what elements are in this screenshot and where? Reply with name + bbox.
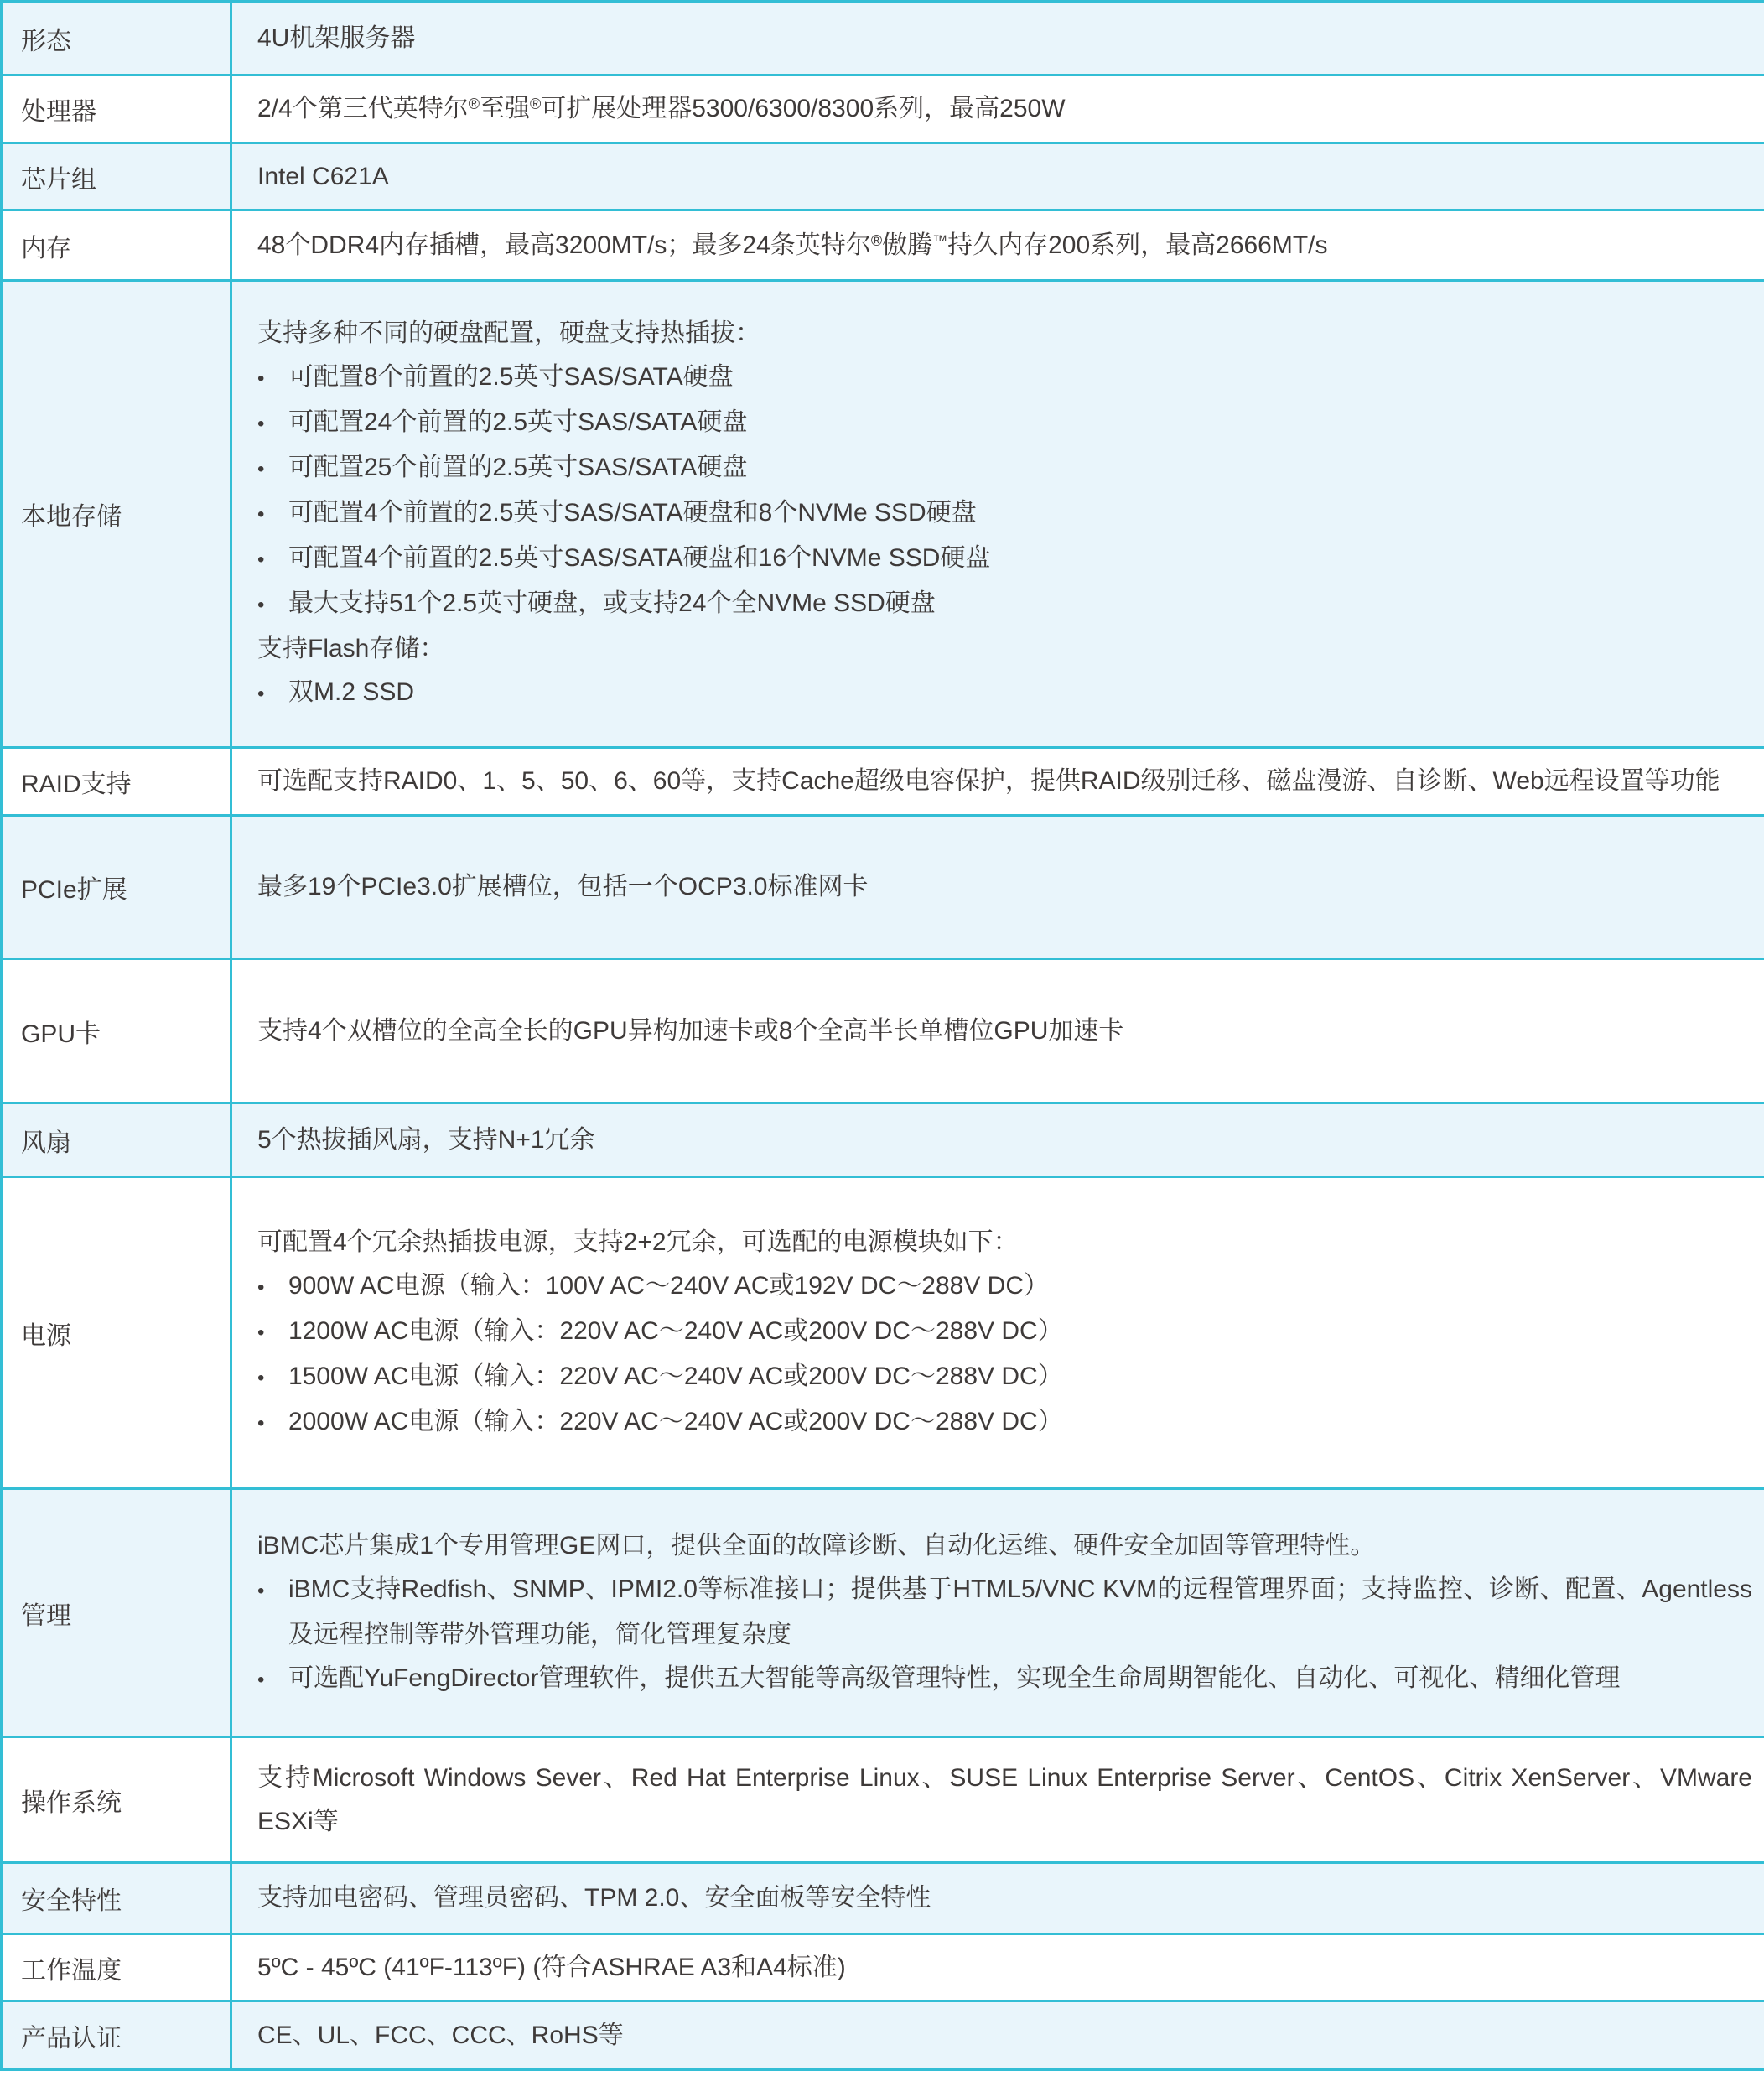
spec-label-text: PCIe扩展 [21, 869, 127, 906]
spec-bullet-item: 可配置25个前置的2.5英寸SAS/SATA硬盘 [257, 446, 1752, 491]
spec-label-text: 管理 [21, 1595, 71, 1632]
spec-label: 内存 [3, 211, 232, 279]
spec-row-power: 电源 可配置4个冗余热插拔电源，支持2+2冗余，可选配的电源模块如下： 900W… [3, 1178, 1764, 1490]
spec-bullet-item: 可配置4个前置的2.5英寸SAS/SATA硬盘和8个NVMe SSD硬盘 [257, 491, 1752, 537]
spec-bullet-item: 900W AC电源（输入：100V AC～240V AC或192V DC～288… [257, 1264, 1752, 1310]
spec-label: 芯片组 [3, 144, 232, 209]
spec-table: 形态 4U机架服务器 处理器 2/4个第三代英特尔®至强®可扩展处理器5300/… [0, 0, 1764, 2071]
spec-label-text: 电源 [21, 1315, 71, 1352]
spec-line: 4U机架服务器 [257, 17, 1752, 60]
spec-value: 可选配支持RAID0、1、5、50、6、60等，支持Cache超级电容保护，提供… [232, 749, 1764, 814]
spec-bullet-item: 可配置8个前置的2.5英寸SAS/SATA硬盘 [257, 356, 1752, 401]
spec-label: 操作系统 [3, 1738, 232, 1861]
spec-line: 支持多种不同的硬盘配置，硬盘支持热插拔： [257, 312, 1752, 356]
spec-label: 形态 [3, 3, 232, 74]
spec-label: 管理 [3, 1490, 232, 1736]
spec-value: 5ºC - 45ºC (41ºF-113ºF) (符合ASHRAE A3和A4标… [232, 1935, 1764, 2000]
spec-label: 本地存储 [3, 282, 232, 746]
spec-row-raid: RAID支持 可选配支持RAID0、1、5、50、6、60等，支持Cache超级… [3, 749, 1764, 817]
spec-bullet-item: 可配置24个前置的2.5英寸SAS/SATA硬盘 [257, 401, 1752, 446]
spec-label-text: 处理器 [21, 91, 96, 127]
spec-value: 4U机架服务器 [232, 3, 1764, 74]
spec-line: 支持Microsoft Windows Sever、Red Hat Enterp… [257, 1757, 1752, 1844]
spec-label: 处理器 [3, 76, 232, 142]
spec-value: iBMC芯片集成1个专用管理GE网口，提供全面的故障诊断、自动化运维、硬件安全加… [232, 1490, 1764, 1736]
spec-line: 5ºC - 45ºC (41ºF-113ºF) (符合ASHRAE A3和A4标… [257, 1946, 1752, 1990]
spec-label-text: 操作系统 [21, 1782, 122, 1819]
spec-label: 产品认证 [3, 2002, 232, 2068]
spec-label-text: 产品认证 [21, 2017, 122, 2054]
spec-line: 2/4个第三代英特尔®至强®可扩展处理器5300/6300/8300系列，最高2… [257, 87, 1752, 131]
spec-label: 风扇 [3, 1104, 232, 1176]
spec-row-chipset: 芯片组 Intel C621A [3, 144, 1764, 211]
spec-value: 可配置4个冗余热插拔电源，支持2+2冗余，可选配的电源模块如下： 900W AC… [232, 1178, 1764, 1487]
spec-line: 可选配支持RAID0、1、5、50、6、60等，支持Cache超级电容保护，提供… [257, 760, 1752, 803]
spec-value: 支持多种不同的硬盘配置，硬盘支持热插拔： 可配置8个前置的2.5英寸SAS/SA… [232, 282, 1764, 746]
spec-label-text: 形态 [21, 20, 71, 57]
spec-bullet-item: 1200W AC电源（输入：220V AC～240V AC或200V DC～28… [257, 1310, 1752, 1355]
spec-bullet-item: 双M.2 SSD [257, 671, 1752, 716]
spec-label-text: 工作温度 [21, 1949, 122, 1986]
spec-value: 支持4个双槽位的全高全长的GPU异构加速卡或8个全高半长单槽位GPU加速卡 [232, 960, 1764, 1102]
spec-label-text: 内存 [21, 227, 71, 264]
spec-value: Intel C621A [232, 144, 1764, 209]
spec-bullet-item: 2000W AC电源（输入：220V AC～240V AC或200V DC～28… [257, 1400, 1752, 1445]
spec-bullet-item: iBMC支持Redfish、SNMP、IPMI2.0等标准接口；提供基于HTML… [257, 1568, 1752, 1657]
spec-label-text: 芯片组 [21, 158, 96, 195]
spec-label-text: 本地存储 [21, 496, 122, 532]
spec-line: 支持加电密码、管理员密码、TPM 2.0、安全面板等安全特性 [257, 1876, 1752, 1920]
spec-label: 安全特性 [3, 1864, 232, 1933]
spec-line: CE、UL、FCC、CCC、RoHS等 [257, 2014, 1752, 2058]
spec-row-processor: 处理器 2/4个第三代英特尔®至强®可扩展处理器5300/6300/8300系列… [3, 76, 1764, 144]
spec-row-local-storage: 本地存储 支持多种不同的硬盘配置，硬盘支持热插拔： 可配置8个前置的2.5英寸S… [3, 282, 1764, 749]
spec-line: iBMC芯片集成1个专用管理GE网口，提供全面的故障诊断、自动化运维、硬件安全加… [257, 1524, 1752, 1568]
spec-value: 支持加电密码、管理员密码、TPM 2.0、安全面板等安全特性 [232, 1864, 1764, 1933]
spec-row-certification: 产品认证 CE、UL、FCC、CCC、RoHS等 [3, 2002, 1764, 2068]
spec-bullet-item: 可选配YuFengDirector管理软件，提供五大智能等高级管理特性，实现全生… [257, 1657, 1752, 1702]
spec-label: PCIe扩展 [3, 817, 232, 958]
spec-value: CE、UL、FCC、CCC、RoHS等 [232, 2002, 1764, 2068]
spec-value: 48个DDR4内存插槽，最高3200MT/s；最多24条英特尔®傲腾™持久内存2… [232, 211, 1764, 279]
spec-row-fan: 风扇 5个热拔插风扇，支持N+1冗余 [3, 1104, 1764, 1178]
spec-line: 支持4个双槽位的全高全长的GPU异构加速卡或8个全高半长单槽位GPU加速卡 [257, 1009, 1752, 1053]
spec-label: 工作温度 [3, 1935, 232, 2000]
spec-row-form-factor: 形态 4U机架服务器 [3, 3, 1764, 76]
spec-value: 支持Microsoft Windows Sever、Red Hat Enterp… [232, 1738, 1764, 1861]
spec-bullet-item: 最大支持51个2.5英寸硬盘，或支持24个全NVMe SSD硬盘 [257, 582, 1752, 627]
spec-label-text: RAID支持 [21, 763, 132, 800]
spec-row-memory: 内存 48个DDR4内存插槽，最高3200MT/s；最多24条英特尔®傲腾™持久… [3, 211, 1764, 282]
spec-line: Intel C621A [257, 155, 1752, 199]
spec-row-pcie: PCIe扩展 最多19个PCIe3.0扩展槽位，包括一个OCP3.0标准网卡 [3, 817, 1764, 960]
spec-line: 可配置4个冗余热插拔电源，支持2+2冗余，可选配的电源模块如下： [257, 1221, 1752, 1264]
spec-bullet-item: 1500W AC电源（输入：220V AC～240V AC或200V DC～28… [257, 1355, 1752, 1400]
spec-line: 最多19个PCIe3.0扩展槽位，包括一个OCP3.0标准网卡 [257, 865, 1752, 909]
spec-label: RAID支持 [3, 749, 232, 814]
spec-row-management: 管理 iBMC芯片集成1个专用管理GE网口，提供全面的故障诊断、自动化运维、硬件… [3, 1490, 1764, 1738]
spec-row-os: 操作系统 支持Microsoft Windows Sever、Red Hat E… [3, 1738, 1764, 1864]
spec-label-text: 风扇 [21, 1122, 71, 1159]
spec-bullet-item: 可配置4个前置的2.5英寸SAS/SATA硬盘和16个NVMe SSD硬盘 [257, 537, 1752, 582]
spec-row-security: 安全特性 支持加电密码、管理员密码、TPM 2.0、安全面板等安全特性 [3, 1864, 1764, 1935]
spec-line: 支持Flash存储： [257, 627, 1752, 671]
spec-label: GPU卡 [3, 960, 232, 1102]
spec-label: 电源 [3, 1178, 232, 1487]
spec-line: 5个热拔插风扇，支持N+1冗余 [257, 1118, 1752, 1162]
spec-value: 最多19个PCIe3.0扩展槽位，包括一个OCP3.0标准网卡 [232, 817, 1764, 958]
spec-row-gpu: GPU卡 支持4个双槽位的全高全长的GPU异构加速卡或8个全高半长单槽位GPU加… [3, 960, 1764, 1104]
spec-label-text: 安全特性 [21, 1880, 122, 1917]
spec-label-text: GPU卡 [21, 1013, 101, 1050]
spec-value: 5个热拔插风扇，支持N+1冗余 [232, 1104, 1764, 1176]
spec-line: 48个DDR4内存插槽，最高3200MT/s；最多24条英特尔®傲腾™持久内存2… [257, 224, 1752, 267]
spec-value: 2/4个第三代英特尔®至强®可扩展处理器5300/6300/8300系列，最高2… [232, 76, 1764, 142]
spec-row-temperature: 工作温度 5ºC - 45ºC (41ºF-113ºF) (符合ASHRAE A… [3, 1935, 1764, 2002]
